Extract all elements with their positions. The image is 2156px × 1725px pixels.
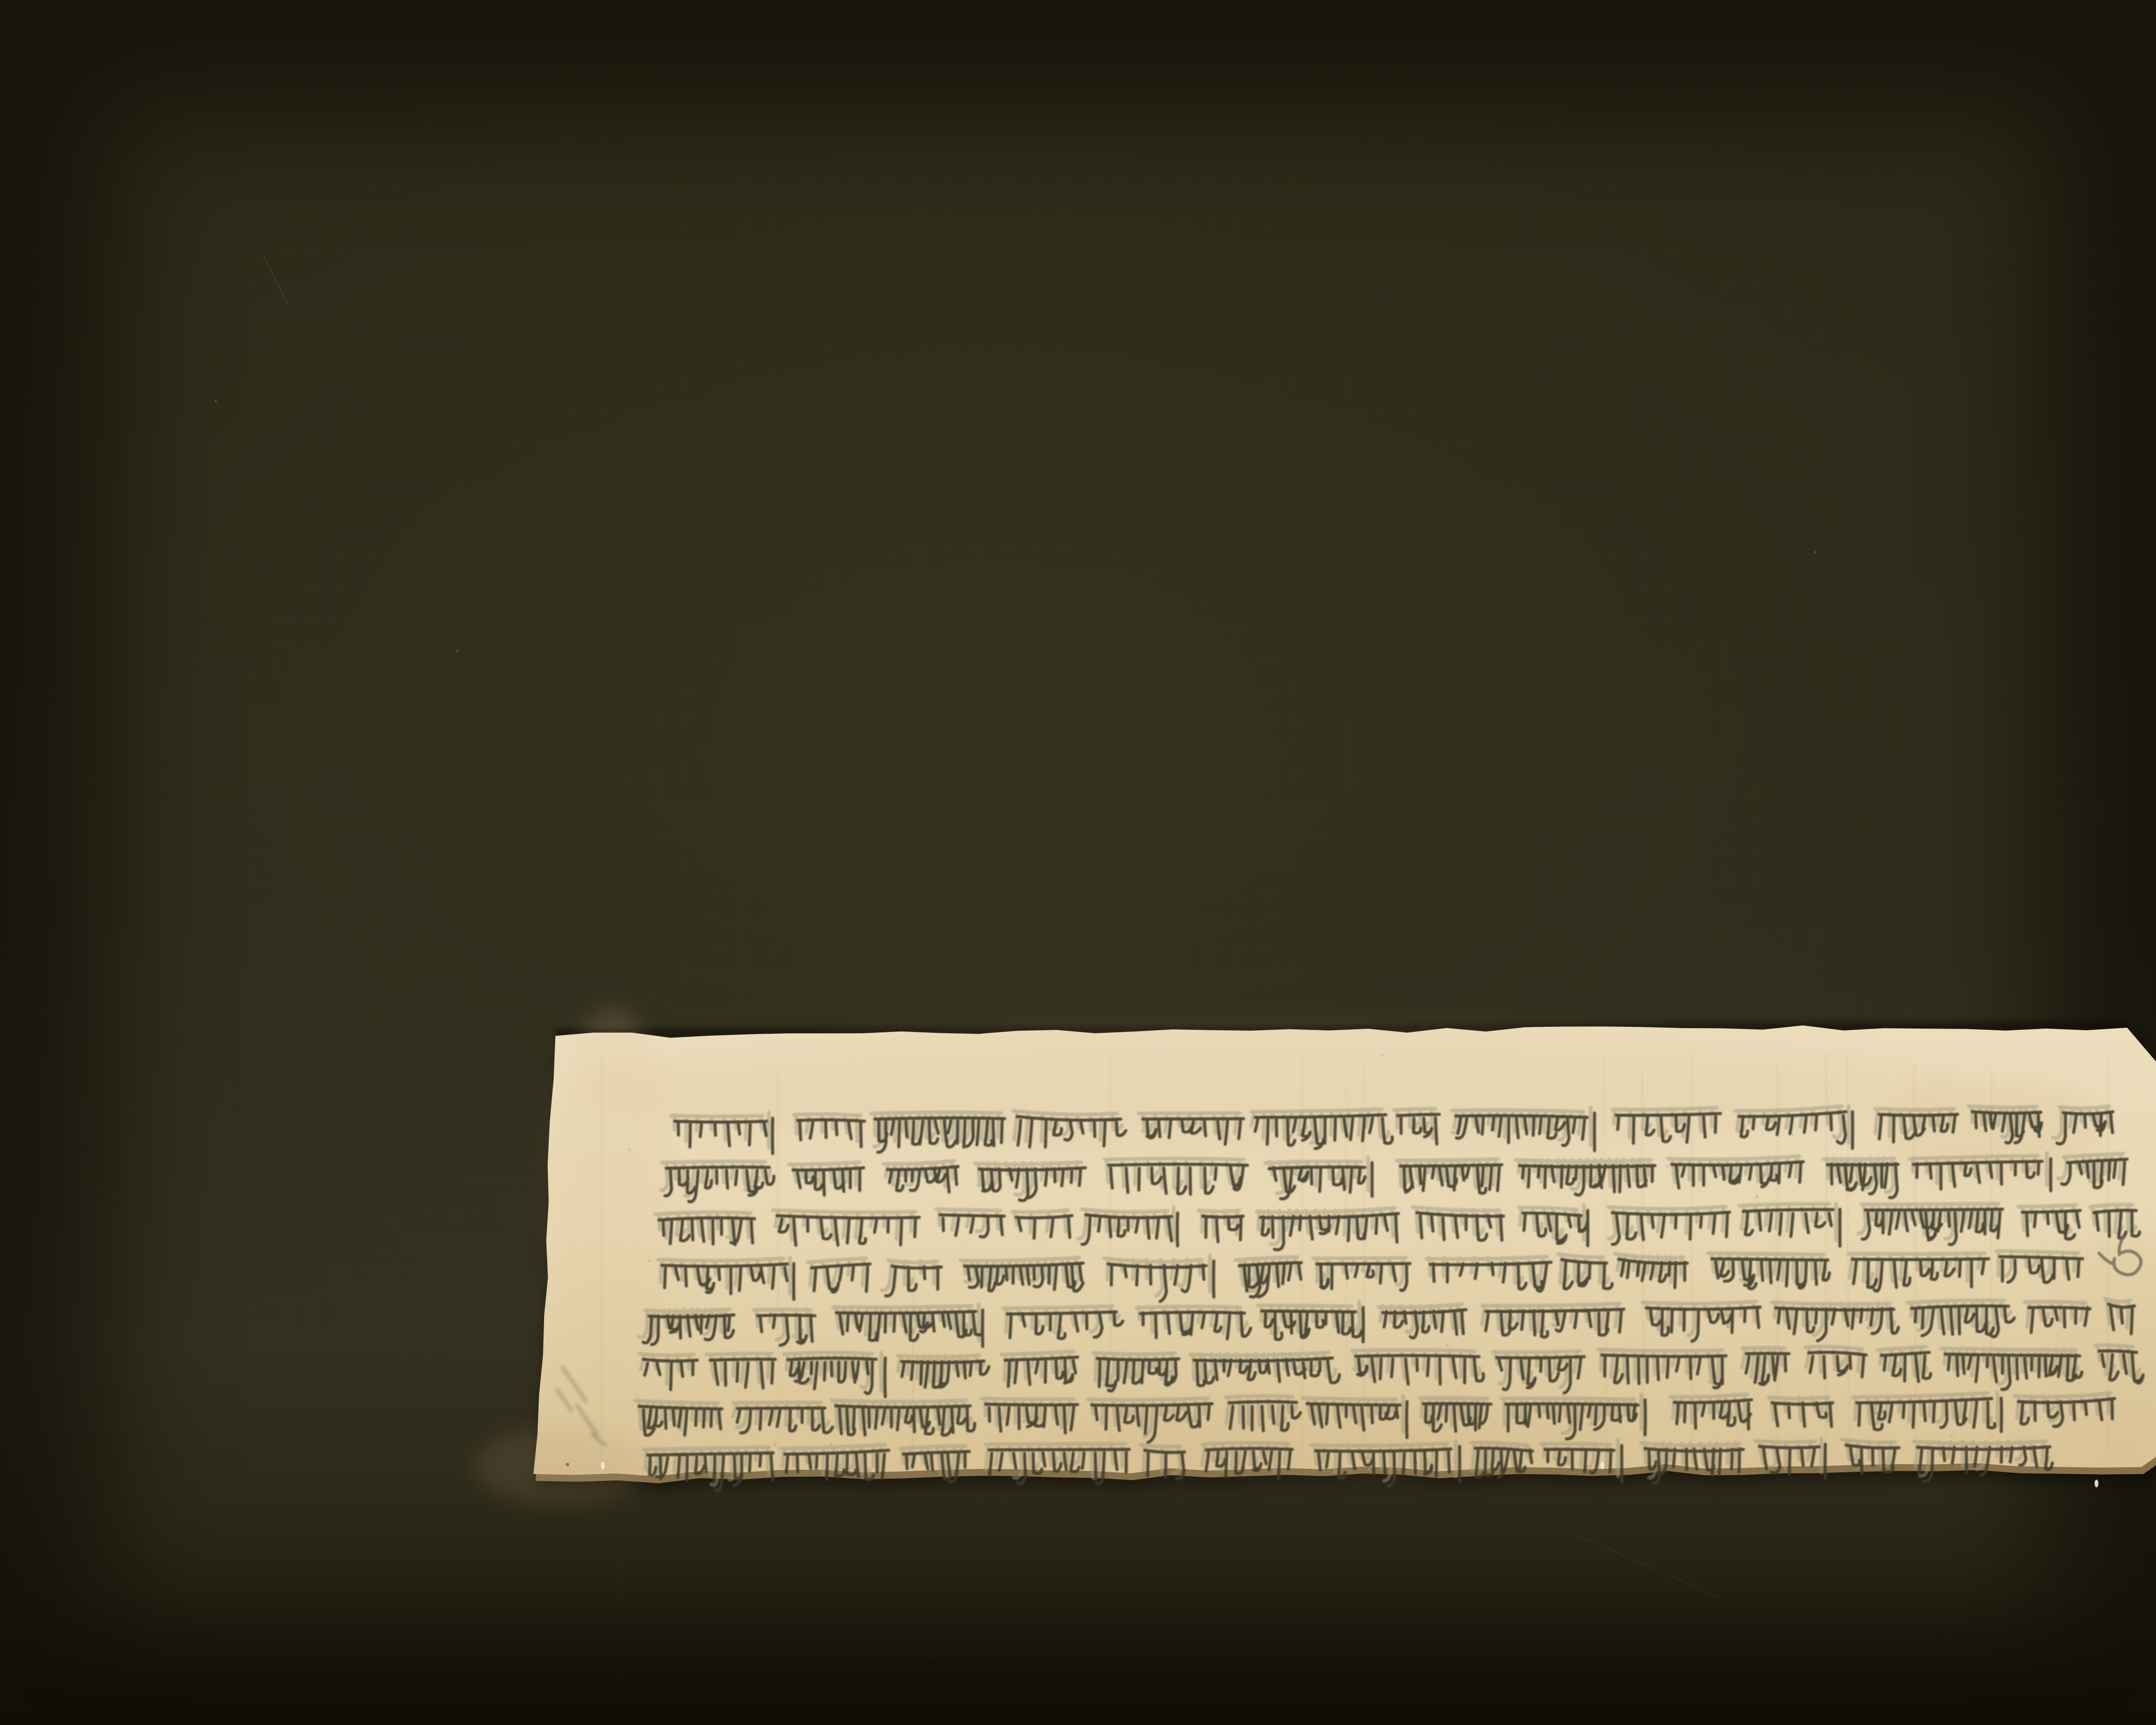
paper-speck bbox=[826, 1175, 827, 1176]
paper-speck bbox=[773, 1443, 776, 1446]
paper-speck bbox=[1666, 1164, 1670, 1168]
background-scratch bbox=[264, 256, 288, 304]
paper-stain bbox=[474, 1427, 647, 1505]
background-scratch bbox=[914, 1656, 1121, 1665]
pin-speck bbox=[1601, 1462, 1604, 1469]
paper-speck bbox=[1381, 1054, 1383, 1056]
background-scratch bbox=[1578, 1535, 1720, 1598]
paper-speck bbox=[1949, 1434, 1953, 1438]
pin-speck bbox=[2095, 1480, 2099, 1487]
paper-speck bbox=[1791, 1134, 1793, 1136]
background-scratch bbox=[616, 1553, 624, 1704]
photo-background bbox=[0, 0, 2156, 1725]
red-speck bbox=[566, 1463, 569, 1466]
paper-speck bbox=[649, 1259, 651, 1262]
manuscript-leaf bbox=[474, 1009, 2156, 1505]
grain-line bbox=[778, 1069, 779, 1466]
paper-speck bbox=[1446, 1344, 1449, 1347]
manuscript-photo bbox=[0, 0, 2156, 1725]
paper-speck bbox=[1755, 1195, 1759, 1198]
pin-speck bbox=[601, 1462, 605, 1469]
background-scratch bbox=[474, 1546, 1164, 1549]
dust-speck bbox=[1814, 551, 1817, 553]
paper-speck bbox=[628, 1148, 630, 1151]
dust-speck bbox=[214, 400, 217, 402]
grain-line bbox=[601, 1055, 602, 1465]
paper-speck bbox=[806, 1384, 808, 1386]
dust-speck bbox=[456, 650, 458, 652]
paper-speck bbox=[830, 1443, 832, 1445]
